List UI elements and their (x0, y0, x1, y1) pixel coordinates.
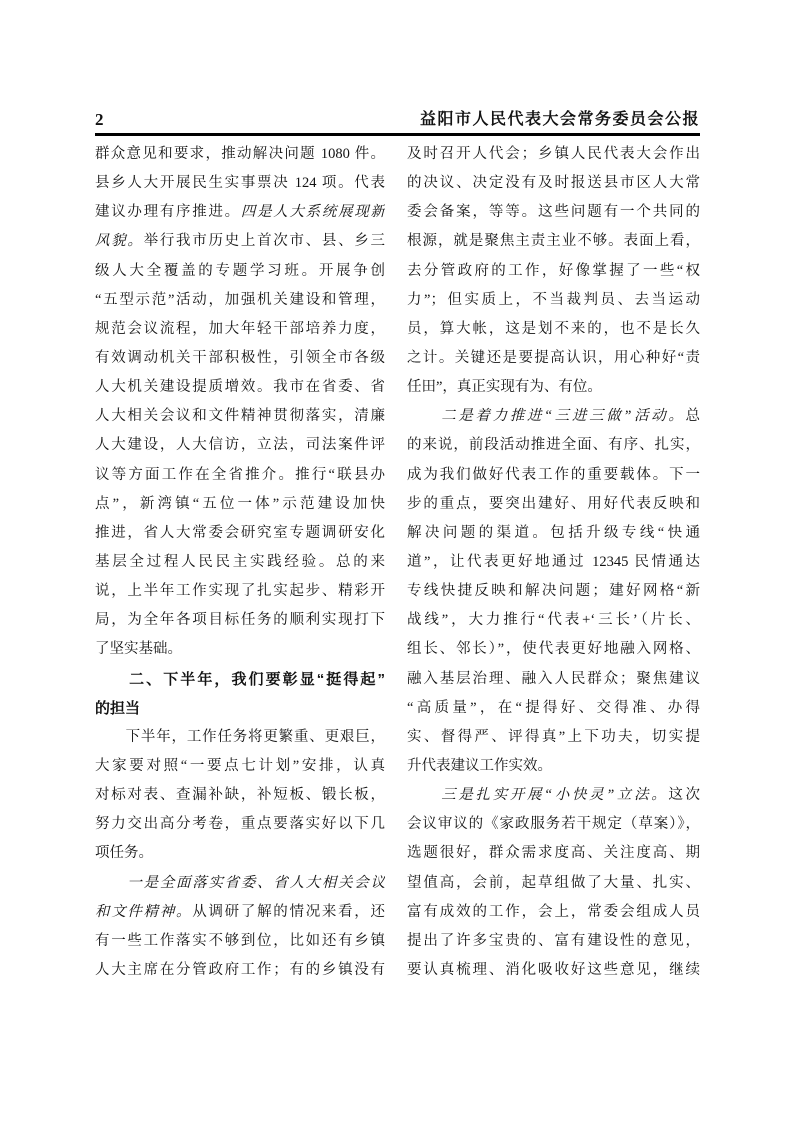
text-segment-normal: 人大主席在分管政府工作；有的乡镇没有 (95, 962, 385, 978)
text-segment-normal: “高质量”，在“提得好、交得准、办得 (407, 700, 700, 716)
text-line: 专线快捷反映和解决问题；建好网格“新 (407, 577, 700, 606)
text-line: 三是扎实开展“小快灵”立法。这次 (407, 781, 700, 810)
header-rule (95, 133, 700, 136)
text-segment-normal: 总 (686, 408, 701, 424)
bulletin-title: 益阳市人民代表大会常务委员会公报 (420, 108, 700, 132)
text-line: “高质量”，在“提得好、交得准、办得 (407, 694, 700, 723)
text-line: 规范会议流程，加大年轻干部培养力度， (95, 315, 385, 344)
text-segment-normal: 实、督得严、评得真”上下功夫，切实提 (407, 729, 700, 745)
text-segment-normal: 融入基层治理、融入人民群众；聚焦建议 (407, 671, 700, 687)
text-line: 有一些工作落实不够到位，比如还有乡镇 (95, 927, 385, 956)
text-segment-normal: 这次 (668, 787, 700, 803)
text-segment-normal: 的决议、决定没有及时报送县市区人大常 (407, 175, 700, 191)
text-segment-normal: 项任务。 (95, 845, 153, 861)
text-segment-kai: 风貌。 (95, 233, 144, 249)
text-line: 根源，就是聚焦主责主业不够。表面上看， (407, 227, 700, 256)
text-line: 委会备案，等等。这些问题有一个共同的 (407, 198, 700, 227)
text-segment-bold: 的担当 (95, 700, 140, 717)
text-line: 的来说，前段活动推进全面、有序、扎实， (407, 431, 700, 460)
text-line: 推进，省人大常委会研究室专题调研安化 (95, 519, 385, 548)
text-line: 会议审议的《家政服务若干规定（草案）》， (407, 810, 700, 839)
text-segment-normal: 及时召开人代会；乡镇人民代表大会作出 (407, 146, 700, 162)
text-line: 之计。关键还是要提高认识，用心种好“责 (407, 344, 700, 373)
text-segment-normal: 举行我市历史上首次市、县、乡三 (144, 233, 385, 249)
text-line: 二、下半年，我们要彰显“挺得起” (95, 665, 385, 694)
text-segment-normal: 步的重点，要突出建好、用好代表反映和 (407, 496, 700, 512)
text-segment-normal: 任田”，真正实现有为、有位。 (407, 379, 602, 395)
text-line: 下半年，工作任务将更繁重、更艰巨， (95, 723, 385, 752)
text-line: 员，算大帐，这是划不来的，也不是长久 (407, 315, 700, 344)
text-line: 战线”，大力推行“代表+‘三长’（片长、 (407, 606, 700, 635)
text-segment-normal: 组长、邻长）”，使代表更好地融入网格、 (407, 641, 700, 657)
text-segment-normal: 解决问题的渠道。包括升级专线“快通 (407, 525, 700, 541)
text-line: 实、督得严、评得真”上下功夫，切实提 (407, 723, 700, 752)
text-line: 融入基层治理、融入人民群众；聚焦建议 (407, 665, 700, 694)
text-line: 力”；但实质上，不当裁判员、去当运动 (407, 286, 700, 315)
text-line: 人大主席在分管政府工作；有的乡镇没有 (95, 956, 385, 985)
text-line: 成为我们做好代表工作的重要载体。下一 (407, 461, 700, 490)
text-line: 和文件精神。从调研了解的情况来看，还 (95, 898, 385, 927)
text-segment-normal: 有一些工作落实不够到位，比如还有乡镇 (95, 933, 385, 949)
text-segment-normal: 对标对表、查漏补缺，补短板、锻长板， (95, 787, 385, 803)
text-line: 富有成效的工作，会上，常委会组成人员 (407, 898, 700, 927)
text-line: 的决议、决定没有及时报送县市区人大常 (407, 169, 700, 198)
text-line: 对标对表、查漏补缺，补短板、锻长板， (95, 781, 385, 810)
text-line: 要认真梳理、消化吸收好这些意见，继续 (407, 956, 700, 985)
text-segment-normal: 推进，省人大常委会研究室专题调研安化 (95, 525, 385, 541)
text-segment-normal: 群众意见和要求，推动解决问题 1080 件。 (95, 146, 385, 162)
text-segment-normal: 从调研了解的情况来看，还 (192, 904, 385, 920)
text-line: 人大相关会议和文件精神贯彻落实，清廉 (95, 402, 385, 431)
text-line: 了坚实基础。 (95, 635, 385, 664)
text-segment-normal: 县乡人大开展民生实事票决 124 项。代表 (95, 175, 385, 191)
text-segment-kai: 和文件精神。 (95, 904, 192, 920)
text-segment-normal: 级人大全覆盖的专题学习班。开展争创 (95, 263, 385, 279)
text-segment-normal: 道”，让代表更好地通过 12345 民情通达 (407, 554, 700, 570)
text-line: “五型示范”活动，加强机关建设和管理， (95, 286, 385, 315)
text-line: 望值高，会前，起草组做了大量、扎实、 (407, 869, 700, 898)
text-segment-normal: 大家要对照“一要点七计划”安排，认真 (95, 758, 385, 774)
text-line: 提出了许多宝贵的、富有建设性的意见， (407, 927, 700, 956)
bulletin-page: 2 益阳市人民代表大会常务委员会公报 群众意见和要求，推动解决问题 1080 件… (0, 0, 794, 1122)
text-segment-normal: 了坚实基础。 (95, 641, 182, 657)
text-segment-normal: 选题很好，群众需求度高、关注度高、期 (407, 845, 700, 861)
text-line: 任田”，真正实现有为、有位。 (407, 373, 700, 402)
right-column: 及时召开人代会；乡镇人民代表大会作出的决议、决定没有及时报送县市区人大常委会备案… (407, 140, 700, 985)
text-line: 努力交出高分考卷，重点要落实好以下几 (95, 810, 385, 839)
text-line: 级人大全覆盖的专题学习班。开展争创 (95, 257, 385, 286)
text-line: 的担当 (95, 694, 385, 723)
page-header: 2 益阳市人民代表大会常务委员会公报 (95, 108, 700, 132)
text-segment-kai: 二是着力推进“三进三做”活动。 (407, 408, 686, 424)
text-segment-normal: 规范会议流程，加大年轻干部培养力度， (95, 321, 385, 337)
text-line: 人大机关建设提质增效。我市在省委、省 (95, 373, 385, 402)
text-line: 局，为全年各项目标任务的顺利实现打下 (95, 606, 385, 635)
text-line: 升代表建议工作实效。 (407, 752, 700, 781)
text-line: 一是全面落实省委、省人大相关会议 (95, 869, 385, 898)
text-line: 风貌。举行我市历史上首次市、县、乡三 (95, 227, 385, 256)
text-segment-normal: 人大机关建设提质增效。我市在省委、省 (95, 379, 385, 395)
text-segment-normal: 专线快捷反映和解决问题；建好网格“新 (407, 583, 700, 599)
text-segment-normal: 提出了许多宝贵的、富有建设性的意见， (407, 933, 700, 949)
text-line: 及时召开人代会；乡镇人民代表大会作出 (407, 140, 700, 169)
text-segment-normal: 人大建设，人大信访，立法，司法案件评 (95, 437, 385, 453)
text-line: 说，上半年工作实现了扎实起步、精彩开 (95, 577, 385, 606)
text-segment-normal: 之计。关键还是要提高认识，用心种好“责 (407, 350, 700, 366)
text-segment-normal: 基层全过程人民民主实践经验。总的来 (95, 554, 385, 570)
text-segment-normal: 根源，就是聚焦主责主业不够。表面上看， (407, 233, 700, 249)
text-segment-kai: 一是全面落实省委、省人大相关会议 (95, 875, 385, 891)
text-segment-normal: 人大相关会议和文件精神贯彻落实，清廉 (95, 408, 385, 424)
text-segment-normal: 局，为全年各项目标任务的顺利实现打下 (95, 612, 385, 628)
text-line: 选题很好，群众需求度高、关注度高、期 (407, 839, 700, 868)
text-line: 项任务。 (95, 839, 385, 868)
text-line: 议等方面工作在全省推介。推行“联县办 (95, 461, 385, 490)
text-segment-normal: 点”，新湾镇“五位一体”示范建设加快 (95, 496, 385, 512)
left-column: 群众意见和要求，推动解决问题 1080 件。县乡人大开展民生实事票决 124 项… (95, 140, 385, 985)
text-line: 县乡人大开展民生实事票决 124 项。代表 (95, 169, 385, 198)
text-segment-normal: 建议办理有序推进。 (95, 204, 241, 220)
text-segment-normal: 要认真梳理、消化吸收好这些意见，继续 (407, 962, 700, 978)
text-segment-normal: 努力交出高分考卷，重点要落实好以下几 (95, 816, 385, 832)
text-segment-normal: 会议审议的《家政服务若干规定（草案）》， (407, 816, 700, 832)
text-segment-kai: 四是人大系统展现新 (241, 204, 385, 220)
text-line: 道”，让代表更好地通过 12345 民情通达 (407, 548, 700, 577)
text-segment-normal: 力”；但实质上，不当裁判员、去当运动 (407, 292, 700, 308)
text-segment-normal: 成为我们做好代表工作的重要载体。下一 (407, 467, 700, 483)
text-segment-bold: 二、下半年，我们要彰显“挺得起” (95, 671, 385, 688)
text-segment-normal: 下半年，工作任务将更繁重、更艰巨， (95, 729, 385, 745)
text-segment-normal: “五型示范”活动，加强机关建设和管理， (95, 292, 385, 308)
text-line: 群众意见和要求，推动解决问题 1080 件。 (95, 140, 385, 169)
text-segment-normal: 议等方面工作在全省推介。推行“联县办 (95, 467, 385, 483)
text-segment-normal: 去分管政府的工作，好像掌握了一些“权 (407, 263, 700, 279)
text-segment-normal: 升代表建议工作实效。 (407, 758, 552, 774)
text-line: 点”，新湾镇“五位一体”示范建设加快 (95, 490, 385, 519)
text-segment-normal: 望值高，会前，起草组做了大量、扎实、 (407, 875, 700, 891)
body-columns: 群众意见和要求，推动解决问题 1080 件。县乡人大开展民生实事票决 124 项… (95, 140, 700, 985)
text-segment-normal: 有效调动机关干部积极性，引领全市各级 (95, 350, 385, 366)
text-line: 有效调动机关干部积极性，引领全市各级 (95, 344, 385, 373)
text-segment-normal: 委会备案，等等。这些问题有一个共同的 (407, 204, 700, 220)
text-segment-normal: 战线”，大力推行“代表+‘三长’（片长、 (407, 612, 700, 628)
text-line: 基层全过程人民民主实践经验。总的来 (95, 548, 385, 577)
text-line: 步的重点，要突出建好、用好代表反映和 (407, 490, 700, 519)
text-line: 去分管政府的工作，好像掌握了一些“权 (407, 257, 700, 286)
text-line: 建议办理有序推进。四是人大系统展现新 (95, 198, 385, 227)
text-line: 人大建设，人大信访，立法，司法案件评 (95, 431, 385, 460)
text-segment-normal: 员，算大帐，这是划不来的，也不是长久 (407, 321, 700, 337)
text-line: 大家要对照“一要点七计划”安排，认真 (95, 752, 385, 781)
text-segment-normal: 说，上半年工作实现了扎实起步、精彩开 (95, 583, 385, 599)
text-line: 二是着力推进“三进三做”活动。总 (407, 402, 700, 431)
text-segment-normal: 富有成效的工作，会上，常委会组成人员 (407, 904, 700, 920)
text-line: 组长、邻长）”，使代表更好地融入网格、 (407, 635, 700, 664)
page-number: 2 (95, 108, 104, 132)
text-line: 解决问题的渠道。包括升级专线“快通 (407, 519, 700, 548)
text-segment-normal: 的来说，前段活动推进全面、有序、扎实， (407, 437, 700, 453)
text-segment-kai: 三是扎实开展“小快灵”立法。 (407, 787, 668, 803)
